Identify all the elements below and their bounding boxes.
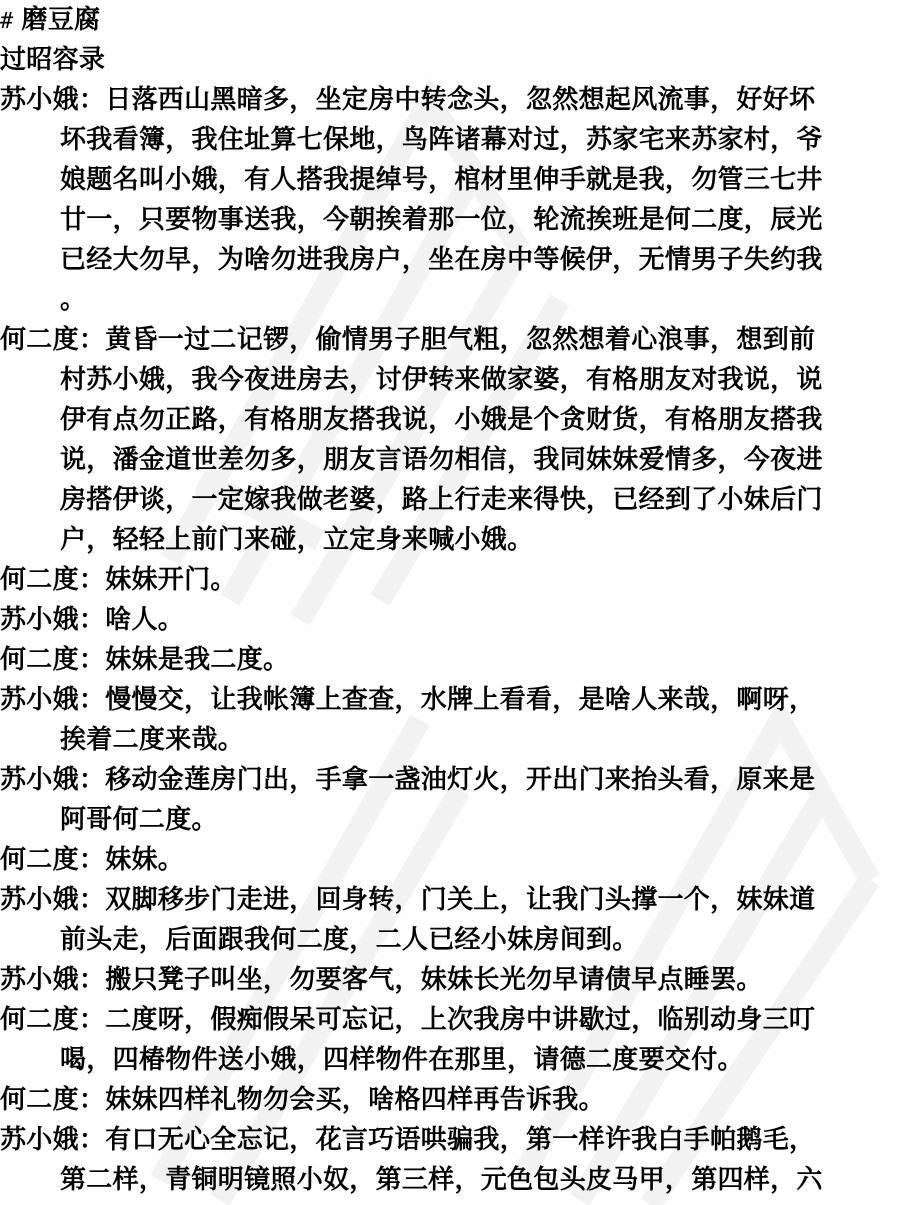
- dialogue-text: 双脚移步门走进，回身转，门关上，让我门头撑一个，妹妹道: [105, 885, 815, 915]
- dialogue-continuation: 伊有点勿正路，有格朋友搭我说，小娥是个贪财货，有格朋友搭我: [0, 400, 900, 440]
- dialogue-entry: 何二度：黄昏一过二记锣，偷情男子胆气粗，忽然想着心浪事，想到前: [0, 320, 900, 360]
- speaker-name: 何二度：: [0, 645, 105, 675]
- dialogue-entry: 苏小娥：日落西山黑暗多，坐定房中转念头，忽然想起风流事，好好坏: [0, 80, 900, 120]
- dialogue-continuation: 廿一，只要物事送我，今朝挨着那一位，轮流挨班是何二度，辰光: [0, 200, 900, 240]
- dialogue-text: 移动金莲房门出，手拿一盏油灯火，开出门来抬头看，原来是: [105, 765, 815, 795]
- dialogue-text: 挨着二度来哉。: [60, 725, 244, 755]
- dialogue-entry: 苏小娥：搬只凳子叫坐，勿要客气，妹妹长光勿早请债早点睡罢。: [0, 960, 900, 1000]
- dialogue-entry: 何二度：妹妹开门。: [0, 560, 900, 600]
- dialogue-text: 村苏小娥，我今夜进房去，讨伊转来做家婆，有格朋友对我说，说: [60, 365, 823, 395]
- speaker-name: 何二度：: [0, 1005, 105, 1035]
- speaker-name: 何二度：: [0, 845, 105, 875]
- dialogue-text: 喝，四椿物件送小娥，四样物件在那里，请德二度要交付。: [60, 1045, 744, 1075]
- dialogue-text: 慢慢交，让我帐簿上查查，水牌上看看，是啥人来哉，啊呀，: [105, 685, 815, 715]
- dialogue-text: 搬只凳子叫坐，勿要客气，妹妹长光勿早请债早点睡罢。: [105, 965, 763, 995]
- dialogue-text: 前头走，后面跟我何二度，二人已经小妹房间到。: [60, 925, 639, 955]
- dialogue-continuation: 坏我看簿，我住址算七保地，鸟阵诸幕对过，苏家宅来苏家村，爷: [0, 120, 900, 160]
- speaker-name: 苏小娥：: [0, 1125, 105, 1155]
- dialogue-text: 伊有点勿正路，有格朋友搭我说，小娥是个贪财货，有格朋友搭我: [60, 405, 823, 435]
- dialogue-entry: 何二度：妹妹四样礼物勿会买，啥格四样再告诉我。: [0, 1080, 900, 1120]
- dialogue-text: 坏我看簿，我住址算七保地，鸟阵诸幕对过，苏家宅来苏家村，爷: [60, 125, 823, 155]
- dialogue-text: 房搭伊谈，一定嫁我做老婆，路上行走来得快，已经到了小妹后门: [60, 485, 823, 515]
- dialogue-text: 阿哥何二度。: [60, 805, 218, 835]
- document-body: #磨豆腐 过昭容录 苏小娥：日落西山黑暗多，坐定房中转念头，忽然想起风流事，好好…: [0, 0, 900, 1200]
- dialogue-continuation: 阿哥何二度。: [0, 800, 900, 840]
- dialogue-continuation: 已经大勿早，为啥勿进我房户，坐在房中等候伊，无情男子失约我: [0, 240, 900, 280]
- dialogue-continuation: 娘题名叫小娥，有人搭我提绰号，棺材里伸手就是我，勿管三七井: [0, 160, 900, 200]
- dialogue-text: 娘题名叫小娥，有人搭我提绰号，棺材里伸手就是我，勿管三七井: [60, 165, 823, 195]
- dialogue-text: 户，轻轻上前门来碰，立定身来喊小娥。: [60, 525, 533, 555]
- dialogue-text: 。: [60, 285, 86, 315]
- dialogue-entry: 苏小娥：双脚移步门走进，回身转，门关上，让我门头撑一个，妹妹道: [0, 880, 900, 920]
- dialogue-entry: 苏小娥：慢慢交，让我帐簿上查查，水牌上看看，是啥人来哉，啊呀，: [0, 680, 900, 720]
- document-subtitle: 过昭容录: [0, 40, 900, 80]
- dialogue-text: 妹妹。: [105, 845, 184, 875]
- dialogue-continuation: 房搭伊谈，一定嫁我做老婆，路上行走来得快，已经到了小妹后门: [0, 480, 900, 520]
- document-heading: #磨豆腐: [0, 0, 900, 40]
- dialogue-text: 妹妹是我二度。: [105, 645, 289, 675]
- dialogue-text: 廿一，只要物事送我，今朝挨着那一位，轮流挨班是何二度，辰光: [60, 205, 823, 235]
- dialogue-text: 妹妹四样礼物勿会买，啥格四样再告诉我。: [105, 1085, 605, 1115]
- dialogue-text: 说，潘金道世差勿多，朋友言语勿相信，我同妹妹爱情多，今夜进: [60, 445, 823, 475]
- speaker-name: 苏小娥：: [0, 765, 105, 795]
- speaker-name: 苏小娥：: [0, 965, 105, 995]
- dialogue-text: 日落西山黑暗多，坐定房中转念头，忽然想起风流事，好好坏: [105, 85, 815, 115]
- document-title: 磨豆腐: [22, 5, 101, 35]
- dialogue-entry: 何二度：二度呀，假痴假呆可忘记，上次我房中讲歇过，临别动身三叮: [0, 1000, 900, 1040]
- dialogue-text: 有口无心全忘记，花言巧语哄骗我，第一样许我白手帕鹅毛，: [105, 1125, 815, 1155]
- dialogue-text: 已经大勿早，为啥勿进我房户，坐在房中等候伊，无情男子失约我: [60, 245, 823, 275]
- dialogue-entry: 何二度：妹妹是我二度。: [0, 640, 900, 680]
- dialogue-continuation: 挨着二度来哉。: [0, 720, 900, 760]
- speaker-name: 何二度：: [0, 1085, 105, 1115]
- speaker-name: 苏小娥：: [0, 85, 105, 115]
- dialogue-continuation: 村苏小娥，我今夜进房去，讨伊转来做家婆，有格朋友对我说，说: [0, 360, 900, 400]
- dialogue-entry: 何二度：妹妹。: [0, 840, 900, 880]
- dialogue-text: 啥人。: [105, 605, 184, 635]
- speaker-name: 苏小娥：: [0, 685, 105, 715]
- dialogue-list: 苏小娥：日落西山黑暗多，坐定房中转念头，忽然想起风流事，好好坏坏我看簿，我住址算…: [0, 80, 900, 1200]
- dialogue-continuation: 户，轻轻上前门来碰，立定身来喊小娥。: [0, 520, 900, 560]
- dialogue-continuation: 第二样，青铜明镜照小奴，第三样，元色包头皮马甲，第四样，六: [0, 1160, 900, 1200]
- dialogue-text: 妹妹开门。: [105, 565, 237, 595]
- speaker-name: 何二度：: [0, 565, 105, 595]
- dialogue-text: 第二样，青铜明镜照小奴，第三样，元色包头皮马甲，第四样，六: [60, 1165, 823, 1195]
- heading-marker: #: [0, 9, 14, 34]
- dialogue-continuation: 说，潘金道世差勿多，朋友言语勿相信，我同妹妹爱情多，今夜进: [0, 440, 900, 480]
- dialogue-entry: 苏小娥：啥人。: [0, 600, 900, 640]
- speaker-name: 苏小娥：: [0, 885, 105, 915]
- dialogue-text: 二度呀，假痴假呆可忘记，上次我房中讲歇过，临别动身三叮: [105, 1005, 815, 1035]
- dialogue-text: 黄昏一过二记锣，偷情男子胆气粗，忽然想着心浪事，想到前: [105, 325, 815, 355]
- speaker-name: 何二度：: [0, 325, 105, 355]
- speaker-name: 苏小娥：: [0, 605, 105, 635]
- dialogue-entry: 苏小娥：移动金莲房门出，手拿一盏油灯火，开出门来抬头看，原来是: [0, 760, 900, 800]
- dialogue-continuation: 。: [0, 280, 900, 320]
- dialogue-continuation: 喝，四椿物件送小娥，四样物件在那里，请德二度要交付。: [0, 1040, 900, 1080]
- dialogue-entry: 苏小娥：有口无心全忘记，花言巧语哄骗我，第一样许我白手帕鹅毛，: [0, 1120, 900, 1160]
- dialogue-continuation: 前头走，后面跟我何二度，二人已经小妹房间到。: [0, 920, 900, 960]
